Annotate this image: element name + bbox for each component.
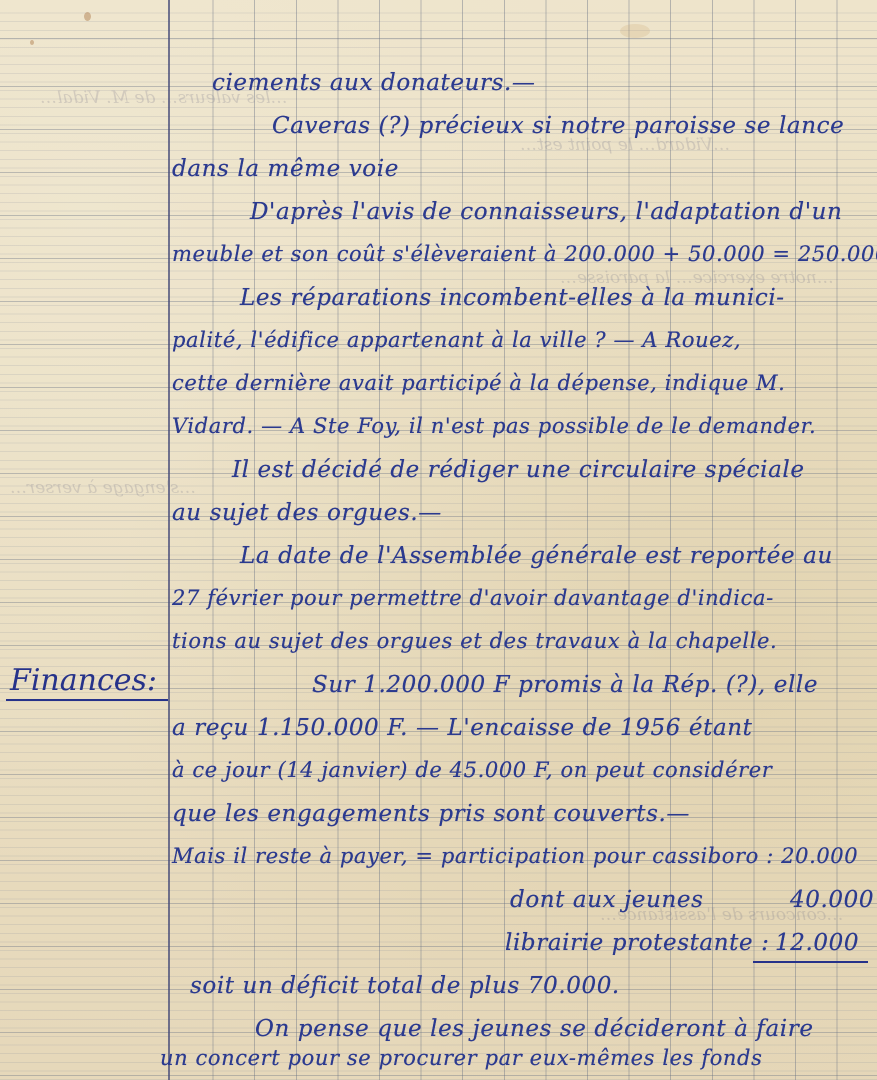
text-line: Sur 1.200.000 F promis à la Rép. (?), el… xyxy=(312,674,818,697)
text-line: tions au sujet des orgues et des travaux… xyxy=(172,631,777,652)
text-line: soit un déficit total de plus 70.000. xyxy=(190,975,620,998)
paper-stain xyxy=(84,12,91,21)
text-line: meuble et son coût s'élèveraient à 200.0… xyxy=(172,244,877,265)
text-line: cette dernière avait participé à la dépe… xyxy=(172,373,785,394)
text-line: Il est décidé de rédiger une circulaire … xyxy=(232,459,805,482)
text-line: On pense que les jeunes se décideront à … xyxy=(255,1018,814,1041)
text-line: Les réparations incombent-elles à la mun… xyxy=(240,287,785,310)
text-line: a reçu 1.150.000 F. — L'encaisse de 1956… xyxy=(172,717,753,740)
text-line: La date de l'Assemblée générale est repo… xyxy=(240,545,833,568)
paper-stain xyxy=(620,24,650,38)
text-line: Caveras (?) précieux si notre paroisse s… xyxy=(272,115,844,138)
ledger-label: librairie protestante : xyxy=(505,932,769,955)
text-line: un concert pour se procurer par eux-même… xyxy=(160,1048,762,1069)
text-line: Vidard. — A Ste Foy, il n'est pas possib… xyxy=(172,416,816,437)
text-line: au sujet des orgues.— xyxy=(172,502,442,525)
paper-stain xyxy=(30,40,34,45)
text-line: à ce jour (14 janvier) de 45.000 F, on p… xyxy=(172,760,772,781)
finances-heading: Finances: xyxy=(10,663,157,698)
margin-line xyxy=(168,0,170,1080)
bleed-through-text: …s'engage à verser… xyxy=(10,478,196,498)
heading-underline xyxy=(6,699,168,701)
ledger-value: 12.000 xyxy=(775,932,859,955)
text-line: dans la même voie xyxy=(172,158,399,181)
text-line: palité, l'édifice appartenant à la ville… xyxy=(172,330,741,351)
notebook-page: …les valeurs… de M. Vidal… …Vidard… le p… xyxy=(0,0,877,1080)
text-line: Mais il reste à payer, = participation p… xyxy=(172,846,858,867)
text-line: ciements aux donateurs.— xyxy=(212,72,536,95)
ledger-value: 40.000 xyxy=(790,889,874,912)
total-underline xyxy=(753,961,868,963)
text-line: D'après l'avis de connaisseurs, l'adapta… xyxy=(250,201,842,224)
ledger-label: dont aux jeunes xyxy=(510,889,704,912)
text-line: que les engagements pris sont couverts.— xyxy=(172,803,690,826)
text-line: 27 février pour permettre d'avoir davant… xyxy=(172,588,774,609)
